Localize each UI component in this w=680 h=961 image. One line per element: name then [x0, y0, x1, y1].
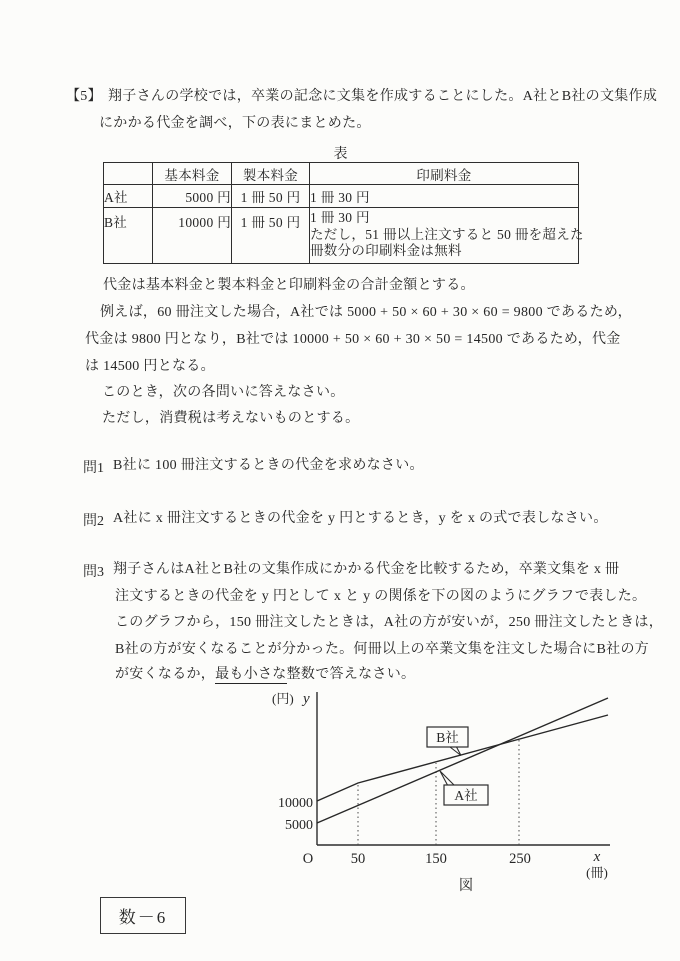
question-3-line-5: が安くなるか，最も小さな整数で答えなさい。 — [115, 666, 415, 684]
intro-line-1: 翔子さんの学校では，卒業の記念に文集を作成することにした。A社とB社の文集作成 — [108, 88, 657, 106]
cell-b-basic: 10000 円 — [153, 208, 232, 264]
callout-a-pointer — [440, 771, 455, 786]
cell-a-binding: 1 冊 50 円 — [232, 185, 310, 208]
body-line-4: は 14500 円となる。 — [85, 358, 215, 376]
header-basic-fee: 基本料金 — [153, 163, 232, 185]
cell-b-printing: 1 冊 30 円 ただし，51 冊以上注文すると 50 冊を超えた 冊数分の印刷… — [310, 208, 579, 264]
q3-line5-post: 整数で答えなさい。 — [287, 667, 416, 682]
body-line-3: 代金は 9800 円となり，B社では 10000 + 50 × 60 + 30 … — [85, 331, 621, 349]
x-tick-250: 250 — [509, 851, 531, 867]
x-axis-var-label: x — [593, 849, 601, 865]
page-number-label: 数－6 — [119, 903, 168, 928]
question-1-label: 問1 — [83, 457, 104, 477]
figure-caption: 図 — [459, 877, 474, 894]
header-company — [104, 163, 153, 185]
cell-b-printing-line-2: ただし，51 冊以上注文すると 50 冊を超えた — [310, 227, 578, 244]
intro-line-2: にかかる代金を調べ，下の表にまとめた。 — [99, 115, 371, 133]
price-comparison-graph: B社 A社 (円) y x (冊) O 50 150 250 10000 500… — [230, 683, 680, 898]
page-number-box: 数－6 — [100, 897, 186, 934]
question-1-text: B社に 100 冊注文するときの代金を求めなさい。 — [113, 457, 424, 475]
question-3-line-3: このグラフから，150 冊注文したときは，A社の方が安いが，250 冊注文したと… — [115, 614, 663, 632]
body-line-5: このとき，次の各問いに答えなさい。 — [102, 384, 345, 402]
y-tick-10000: 10000 — [278, 796, 313, 811]
cell-a-basic: 5000 円 — [153, 185, 232, 208]
q3-line5-pre: が安くなるか， — [115, 667, 215, 682]
x-tick-50: 50 — [351, 851, 366, 867]
fee-table: 基本料金 製本料金 印刷料金 A社 5000 円 1 冊 50 円 1 冊 30… — [103, 162, 579, 264]
callout-b-label: B社 — [436, 730, 459, 745]
y-axis-var-label: y — [301, 691, 310, 707]
header-printing-fee: 印刷料金 — [310, 163, 579, 185]
question-2-text: A社に x 冊注文するときの代金を y 円とするとき，y を x の式で表しなさ… — [113, 510, 608, 528]
cell-a-printing: 1 冊 30 円 — [310, 185, 579, 208]
q3-line5-underlined: 最も小さな — [215, 667, 287, 684]
body-line-2: 例えば，60 冊注文した場合，A社では 5000 + 50 × 60 + 30 … — [100, 304, 632, 322]
body-line-1: 代金は基本料金と製本料金と印刷料金の合計金額とする。 — [103, 277, 475, 295]
question-3-label: 問3 — [83, 561, 104, 581]
problem-number: 【5】 — [66, 88, 102, 106]
cell-b-printing-line-1: 1 冊 30 円 — [310, 210, 578, 227]
table-caption: 表 — [103, 143, 578, 163]
table-row-company-a: A社 5000 円 1 冊 50 円 1 冊 30 円 — [104, 185, 579, 208]
cell-b-binding: 1 冊 50 円 — [232, 208, 310, 264]
question-2-label: 問2 — [83, 510, 104, 530]
cell-b-printing-line-3: 冊数分の印刷料金は無料 — [310, 243, 578, 260]
table-header-row: 基本料金 製本料金 印刷料金 — [104, 163, 579, 185]
origin-label: O — [303, 851, 313, 867]
header-binding-fee: 製本料金 — [232, 163, 310, 185]
table-row-company-b: B社 10000 円 1 冊 50 円 1 冊 30 円 ただし，51 冊以上注… — [104, 208, 579, 264]
cell-a-name: A社 — [104, 185, 153, 208]
cell-b-name: B社 — [104, 208, 153, 264]
y-tick-5000: 5000 — [285, 818, 313, 833]
exam-page: 【5】 翔子さんの学校では，卒業の記念に文集を作成することにした。A社とB社の文… — [0, 0, 680, 961]
body-line-6: ただし，消費税は考えないものとする。 — [102, 410, 359, 428]
question-3-line-1: 翔子さんはA社とB社の文集作成にかかる代金を比較するため，卒業文集を x 冊 — [113, 561, 619, 579]
y-axis-unit-label: (円) — [272, 691, 294, 706]
callout-a-label: A社 — [454, 788, 478, 803]
question-3-line-2: 注文するときの代金を y 円として x と y の関係を下の図のようにグラフで表… — [115, 588, 646, 606]
question-3-line-4: B社の方が安くなることが分かった。何冊以上の卒業文集を注文した場合にB社の方 — [115, 641, 649, 659]
x-tick-150: 150 — [425, 851, 447, 867]
x-axis-unit-label: (冊) — [586, 865, 608, 880]
